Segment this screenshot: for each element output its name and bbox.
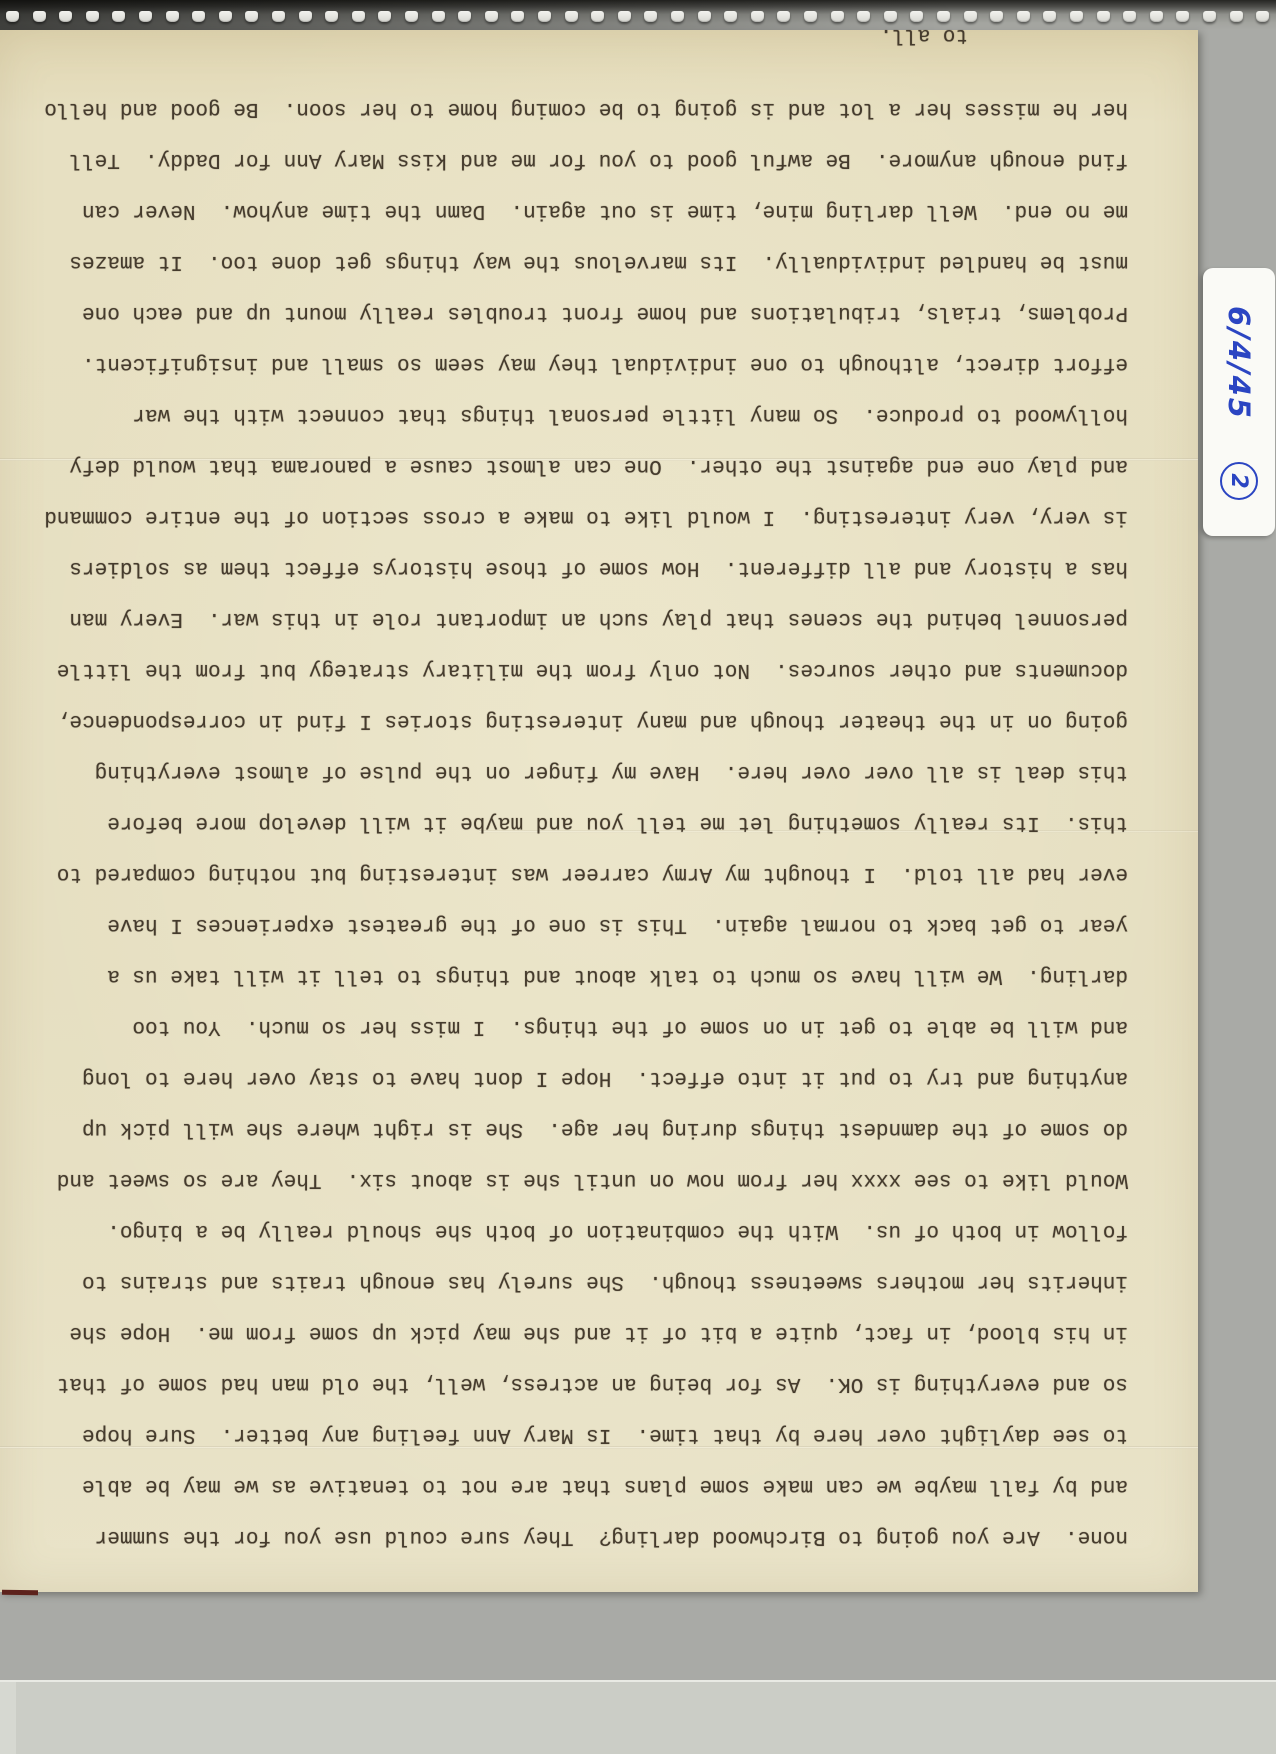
letter-line: must be handled individually. Its marvel… xyxy=(24,236,1128,287)
letter-line: this deal is all over over here. Have my… xyxy=(24,746,1128,797)
letter-line: her he misses her a lot and is going to … xyxy=(24,83,1128,134)
letter-line: and play one end against the other. One … xyxy=(24,440,1128,491)
letter-line: anything and try to put it into effect. … xyxy=(24,1052,1128,1103)
letter-line: personnel behind the scenes that play su… xyxy=(24,593,1128,644)
letter-line: do some of the damndest things during he… xyxy=(24,1103,1128,1154)
letter-line: to see daylight over here by that time. … xyxy=(24,1409,1128,1460)
perforation-dot xyxy=(1230,11,1243,22)
letter-line: going on in the theater though and many … xyxy=(24,695,1128,746)
letter-line: none. Are you going to Birchwood darling… xyxy=(24,1511,1128,1562)
letter-line: documents and other sources. Not only fr… xyxy=(24,644,1128,695)
letter-line: so and everything is OK. As for being an… xyxy=(24,1358,1128,1409)
letter-line: Problems, trials, tribulations and home … xyxy=(24,287,1128,338)
letter-line: Would like to see xxxx her from now on u… xyxy=(24,1154,1128,1205)
letter-line: effort direct, although to one individua… xyxy=(24,338,1128,389)
perforation-dot xyxy=(1256,11,1269,22)
perforation-dot xyxy=(1203,11,1216,22)
letter-line: darling. We will have so much to talk ab… xyxy=(24,950,1128,1001)
letter-line: is very, very interesting. I would like … xyxy=(24,491,1128,542)
letter-line: find enough anymore. Be awful good to yo… xyxy=(24,134,1128,185)
date-sticker-note: 6/4/45 2 xyxy=(1203,268,1275,536)
letter-body: none. Are you going to Birchwood darling… xyxy=(0,83,1198,1592)
letter-line: this. Its really something let me tell y… xyxy=(24,797,1128,848)
backing-board-lower xyxy=(0,1680,1276,1754)
letter-line: and will be able to get in on some of th… xyxy=(24,1001,1128,1052)
letter-line: inherits her mothers sweetness though. S… xyxy=(24,1256,1128,1307)
letter-line: hollywood to produce. So many little per… xyxy=(24,389,1128,440)
letter-line: and by fall maybe we can make some plans… xyxy=(24,1460,1128,1511)
letter-line: me no end. Well darling mine, time is ou… xyxy=(24,185,1128,236)
backing-board-left-sliver xyxy=(0,1682,16,1754)
scanned-letter-page: none. Are you going to Birchwood darling… xyxy=(0,0,1276,1754)
letter-line: ever had all told. I thought my Army car… xyxy=(24,848,1128,899)
letter-postscript: to all. xyxy=(24,22,968,47)
handwritten-date: 6/4/45 xyxy=(1222,306,1256,420)
letter-content-upside-down: none. Are you going to Birchwood darling… xyxy=(0,30,1198,1592)
letter-page: none. Are you going to Birchwood darling… xyxy=(0,30,1198,1592)
letter-line: year to get back to normal again. This i… xyxy=(24,899,1128,950)
letter-line: has a history and all different. How som… xyxy=(24,542,1128,593)
letter-line: follow in both of us. With the combinati… xyxy=(24,1205,1128,1256)
album-edge-sliver xyxy=(2,1590,38,1595)
letter-line: in his blood, in fact, quite a bit of it… xyxy=(24,1307,1128,1358)
circled-page-number: 2 xyxy=(1220,462,1258,500)
